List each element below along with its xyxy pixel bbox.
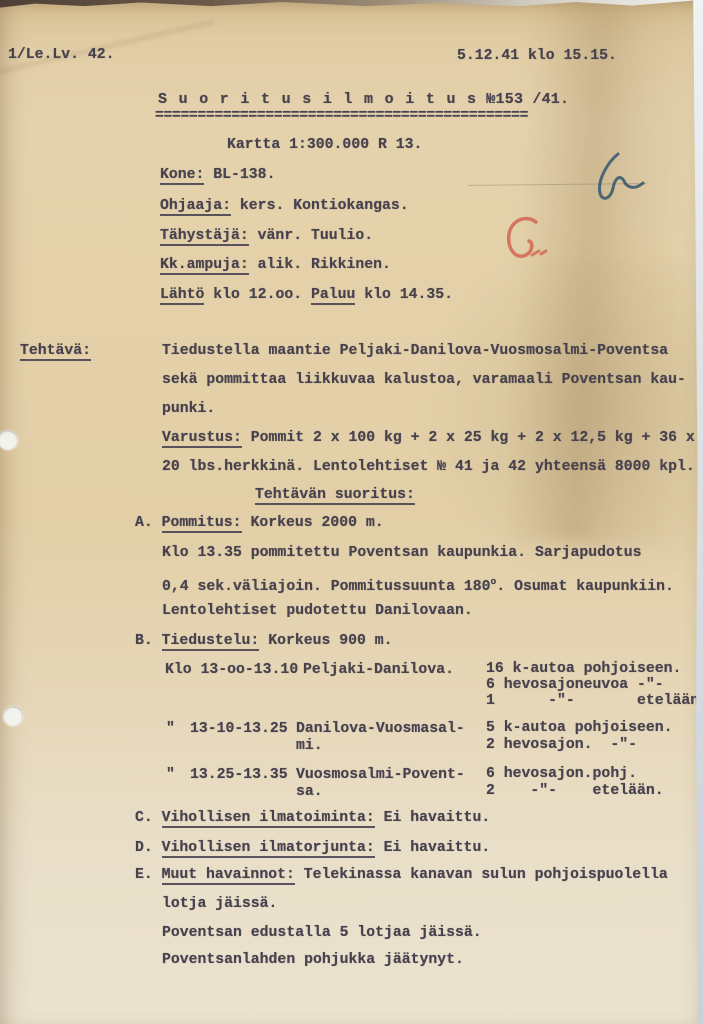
execution-heading-text: Tehtävän suoritus: — [255, 487, 415, 505]
item-e-line-3: Poventsan edustalla 5 lotjaa jäissä. — [162, 924, 482, 942]
gunner-label: Kk.ampuja: — [160, 257, 249, 275]
item-d-label: Vihollisen ilmatorjunta: — [162, 840, 375, 858]
recon-row-1-time: Klo 13-oo-13.10 — [165, 661, 298, 679]
armament-line-2: 20 lbs.herkkinä. Lentolehtiset № 41 ja 4… — [162, 458, 695, 476]
departure-value: klo 12.oo. — [204, 287, 311, 303]
gunner-value: alik. Rikkinen. — [249, 257, 391, 273]
recon-row-2-route-2: mi. — [296, 737, 323, 755]
return-label: Paluu — [311, 287, 355, 305]
aircraft-line: Kone: BL-138. — [160, 166, 275, 184]
mission-line-2: sekä pommittaa liikkuvaa kalustoa, varam… — [162, 371, 686, 389]
bombing-line-2-pre: 0,4 sek.väliajoin. Pommitussuunta 180 — [162, 579, 491, 595]
recon-row-3-route-2: sa. — [296, 783, 323, 801]
pilot-label: Ohjaaja: — [160, 198, 231, 216]
recon-row-1-obs-3: 1 -"- etelään — [486, 692, 699, 710]
observer-value: vänr. Tuulio. — [249, 228, 373, 244]
bombing-line-1: Klo 13.35 pommitettu Poventsan kaupunkia… — [162, 544, 642, 562]
pilot-value: kers. Kontiokangas. — [231, 198, 409, 214]
item-a-value: Korkeus 2000 m. — [242, 515, 384, 531]
armament-label: Varustus: — [162, 430, 242, 448]
armament-line-1: Varustus: Pommit 2 x 100 kg + 2 x 25 kg … — [162, 429, 695, 447]
recon-row-2-obs-2: 2 hevosajon. -"- — [486, 736, 637, 754]
bombing-line-3: Lentolehtiset pudotettu Danilovaan. — [162, 602, 473, 620]
recon-row-1-route: Peljaki-Danilova. — [303, 661, 454, 679]
item-d-line: D. Vihollisen ilmatorjunta: Ei havaittu. — [135, 839, 490, 857]
mission-label-text: Tehtävä: — [20, 343, 91, 361]
recon-row-3-route-1: Vuosmosalmi-Povent- — [296, 766, 465, 784]
red-pencil-initial — [498, 208, 558, 268]
aircraft-label: Kone: — [160, 167, 204, 185]
bombing-line-2-post: . Osumat kaupunkiin. — [496, 579, 674, 595]
recon-row-2-ditto: " — [166, 720, 175, 738]
item-a-line: A. Pommitus: Korkeus 2000 m. — [135, 514, 384, 532]
document-paper: 1/Le.Lv. 42. 5.12.41 klo 15.15. S u o r … — [0, 0, 703, 1024]
blue-ink-initial — [570, 142, 650, 212]
report-title-text: S u o r i t u s i l m o i t u s — [158, 91, 477, 108]
item-e-index: E. — [135, 867, 162, 883]
recon-row-2-obs-1: 5 k-autoa pohjoiseen. — [486, 719, 672, 737]
recon-row-3-obs-1: 6 hevosajon.pohj. — [486, 765, 637, 783]
report-datetime: 5.12.41 klo 15.15. — [457, 47, 617, 65]
report-number: №153 /41. — [486, 91, 569, 108]
item-b-line: B. Tiedustelu: Korkeus 900 m. — [135, 632, 393, 650]
item-b-label: Tiedustelu: — [162, 633, 260, 651]
armament-value: Pommit 2 x 100 kg + 2 x 25 kg + 2 x 12,5… — [242, 430, 695, 446]
title-underline: ========================================… — [155, 110, 528, 122]
paper-shadow — [420, 260, 703, 590]
gunner-line: Kk.ampuja: alik. Rikkinen. — [160, 256, 391, 274]
recon-row-3-time: 13.25-13.35 — [190, 766, 288, 784]
item-e-line-4: Poventsanlahden pohjukka jäätynyt. — [162, 951, 464, 969]
aircraft-value: BL-138. — [204, 167, 275, 183]
item-d-index: D. — [135, 840, 162, 856]
item-c-index: C. — [135, 810, 162, 826]
map-reference: Kartta 1:300.000 R 13. — [227, 136, 422, 154]
item-d-value: Ei havaittu. — [375, 840, 490, 856]
faint-pencil-line — [468, 183, 646, 186]
observer-line: Tähystäjä: vänr. Tuulio. — [160, 227, 373, 245]
unit-designation: 1/Le.Lv. 42. — [8, 46, 115, 64]
departure-return-line: Lähtö klo 12.oo. Paluu klo 14.35. — [160, 286, 453, 304]
item-a-label: Pommitus: — [162, 515, 242, 533]
hole-punch-top — [0, 430, 18, 450]
departure-label: Lähtö — [160, 287, 204, 305]
item-a-index: A. — [135, 515, 162, 531]
item-b-value: Korkeus 900 m. — [259, 633, 392, 649]
recon-row-2-route-1: Danilova-Vuosmasal- — [296, 720, 465, 738]
item-e-line: E. Muut havainnot: Telekinassa kanavan s… — [135, 866, 668, 884]
observer-label: Tähystäjä: — [160, 228, 249, 246]
recon-row-3-obs-2: 2 -"- etelään. — [486, 782, 664, 800]
mission-line-3: punki. — [162, 400, 215, 418]
execution-heading: Tehtävän suoritus: — [255, 486, 415, 504]
report-title: S u o r i t u s i l m o i t u s№153 /41. — [158, 91, 569, 109]
return-value: klo 14.35. — [355, 287, 453, 303]
recon-row-3-ditto: " — [166, 766, 175, 784]
item-c-line: C. Vihollisen ilmatoiminta: Ei havaittu. — [135, 809, 490, 827]
item-e-label: Muut havainnot: — [162, 867, 295, 885]
hole-punch-bottom — [3, 706, 23, 726]
recon-row-2-time: 13-10-13.25 — [190, 720, 288, 738]
pilot-line: Ohjaaja: kers. Kontiokangas. — [160, 197, 409, 215]
item-e-value: Telekinassa kanavan sulun pohjoispuolell… — [295, 867, 668, 883]
item-b-index: B. — [135, 633, 162, 649]
mission-section-label: Tehtävä: — [20, 342, 91, 360]
item-e-line-2: lotja jäissä. — [162, 895, 277, 913]
mission-line-1: Tiedustella maantie Peljaki-Danilova-Vuo… — [162, 342, 668, 360]
bombing-line-2: 0,4 sek.väliajoin. Pommitussuunta 180o. … — [162, 573, 674, 596]
item-c-label: Vihollisen ilmatoiminta: — [162, 810, 375, 828]
item-c-value: Ei havaittu. — [375, 810, 490, 826]
